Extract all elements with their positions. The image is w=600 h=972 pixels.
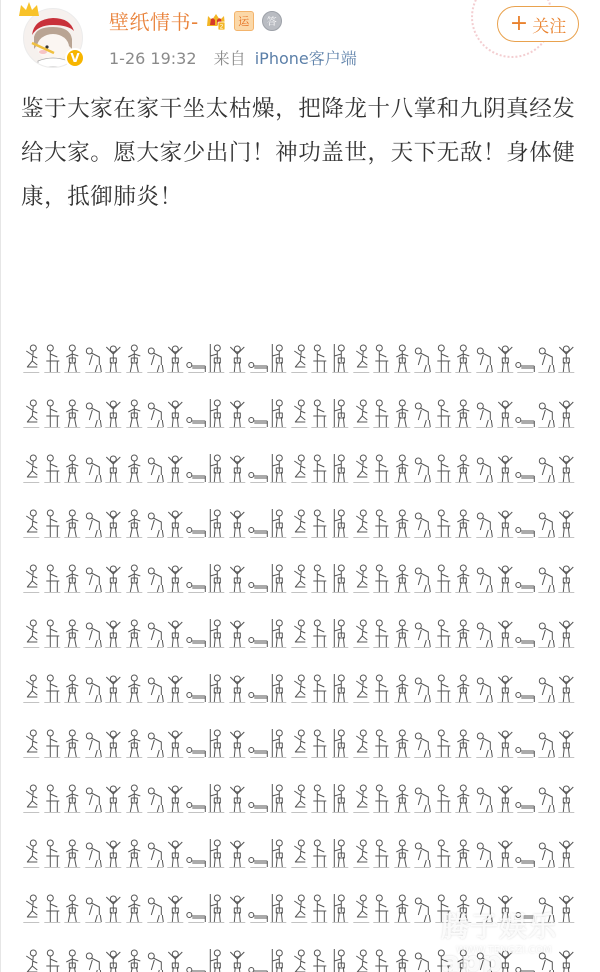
post-meta: 1-26 19:32 来自 iPhone客户端: [109, 46, 357, 69]
hieroglyph-figure-icon: [371, 893, 392, 923]
hieroglyph-figure-icon: [21, 948, 42, 972]
hieroglyph-figure-icon: [351, 398, 372, 428]
hieroglyph-figure-icon: [515, 783, 536, 813]
hieroglyph-figure-icon: [556, 673, 577, 703]
hieroglyph-figure-icon: [371, 563, 392, 593]
hieroglyph-figure-icon: [495, 838, 516, 868]
hieroglyph-figure-icon: [206, 508, 227, 538]
hieroglyph-figure-icon: [83, 728, 104, 758]
hieroglyph-figure-icon: [42, 673, 63, 703]
hieroglyph-figure-icon: [289, 783, 310, 813]
hieroglyph-figure-icon: [556, 838, 577, 868]
hieroglyph-figure-icon: [21, 343, 42, 373]
hieroglyph-figure-icon: [62, 508, 83, 538]
hieroglyph-figure-icon: [145, 948, 166, 972]
hieroglyph-figure-icon: [371, 838, 392, 868]
hieroglyph-figure-icon: [145, 508, 166, 538]
hieroglyph-figure-icon: [165, 728, 186, 758]
hieroglyph-figure-icon: [83, 618, 104, 648]
hieroglyph-figure-icon: [145, 343, 166, 373]
hieroglyph-figure-icon: [453, 398, 474, 428]
hieroglyph-figure-icon: [309, 673, 330, 703]
hieroglyph-figure-icon: [453, 618, 474, 648]
hieroglyph-figure-icon: [42, 618, 63, 648]
hieroglyph-figure-icon: [83, 563, 104, 593]
hieroglyph-figure-icon: [62, 343, 83, 373]
hieroglyph-figure-icon: [186, 948, 207, 972]
hieroglyph-figure-icon: [268, 618, 289, 648]
hieroglyph-figure-icon: [474, 398, 495, 428]
hieroglyph-figure-icon: [351, 948, 372, 972]
post-text: 鉴于大家在家干坐太枯燥，把降龙十八掌和九阴真经发给大家。愿大家少出门！神功盖世，…: [21, 87, 581, 219]
hieroglyph-figure-icon: [268, 728, 289, 758]
watermark: 腾子娱乐app: [441, 905, 600, 972]
hieroglyph-figure-icon: [268, 673, 289, 703]
hieroglyph-figure-icon: [227, 948, 248, 972]
hieroglyph-figure-icon: [330, 838, 351, 868]
hieroglyph-figure-icon: [536, 453, 557, 483]
hieroglyph-figure-icon: [186, 453, 207, 483]
hieroglyph-figure-icon: [83, 453, 104, 483]
hieroglyph-figure-icon: [474, 673, 495, 703]
hieroglyph-figure-icon: [330, 618, 351, 648]
hieroglyph-figure-icon: [248, 838, 269, 868]
yun-badge-icon[interactable]: 运: [233, 10, 255, 32]
hieroglyph-figure-icon: [309, 563, 330, 593]
hieroglyph-figure-icon: [124, 618, 145, 648]
hieroglyph-figure-icon: [330, 728, 351, 758]
hieroglyph-figure-icon: [268, 948, 289, 972]
glyph-row: [21, 593, 581, 648]
hieroglyph-figure-icon: [495, 673, 516, 703]
glyph-row: [21, 758, 581, 813]
hieroglyph-figure-icon: [186, 673, 207, 703]
hieroglyph-figure-icon: [351, 453, 372, 483]
hieroglyph-figure-icon: [268, 508, 289, 538]
hieroglyph-figure-icon: [248, 948, 269, 972]
hieroglyph-figure-icon: [42, 398, 63, 428]
hieroglyph-figure-icon: [186, 563, 207, 593]
hieroglyph-figure-icon: [412, 398, 433, 428]
glyph-row: [21, 373, 581, 428]
hieroglyph-figure-icon: [433, 343, 454, 373]
hieroglyph-figure-icon: [289, 398, 310, 428]
hieroglyph-figure-icon: [433, 783, 454, 813]
hieroglyph-figure-icon: [124, 563, 145, 593]
hieroglyph-image[interactable]: [21, 318, 581, 972]
hieroglyph-figure-icon: [165, 453, 186, 483]
hieroglyph-figure-icon: [309, 893, 330, 923]
hieroglyph-figure-icon: [351, 343, 372, 373]
hieroglyph-figure-icon: [103, 673, 124, 703]
hieroglyph-figure-icon: [371, 728, 392, 758]
hieroglyph-figure-icon: [248, 893, 269, 923]
hieroglyph-figure-icon: [62, 618, 83, 648]
hieroglyph-figure-icon: [392, 618, 413, 648]
hieroglyph-figure-icon: [206, 453, 227, 483]
glyph-row: [21, 538, 581, 593]
hieroglyph-figure-icon: [21, 728, 42, 758]
hieroglyph-figure-icon: [289, 948, 310, 972]
hieroglyph-figure-icon: [186, 893, 207, 923]
hieroglyph-figure-icon: [62, 728, 83, 758]
hieroglyph-figure-icon: [453, 453, 474, 483]
hieroglyph-figure-icon: [495, 618, 516, 648]
hieroglyph-figure-icon: [495, 508, 516, 538]
hieroglyph-figure-icon: [556, 728, 577, 758]
hieroglyph-figure-icon: [433, 838, 454, 868]
hieroglyph-figure-icon: [227, 453, 248, 483]
hieroglyph-figure-icon: [227, 618, 248, 648]
user-name[interactable]: 壁纸情书-: [109, 6, 199, 35]
hieroglyph-figure-icon: [42, 838, 63, 868]
hieroglyph-figure-icon: [556, 563, 577, 593]
hieroglyph-figure-icon: [186, 508, 207, 538]
hieroglyph-figure-icon: [556, 453, 577, 483]
hieroglyph-figure-icon: [309, 398, 330, 428]
svg-text:2: 2: [219, 23, 223, 30]
hieroglyph-figure-icon: [21, 563, 42, 593]
glyph-row: [21, 428, 581, 483]
hieroglyph-figure-icon: [453, 343, 474, 373]
hieroglyph-figure-icon: [412, 563, 433, 593]
hieroglyph-figure-icon: [392, 783, 413, 813]
hieroglyph-figure-icon: [515, 343, 536, 373]
hieroglyph-figure-icon: [145, 398, 166, 428]
hieroglyph-figure-icon: [556, 343, 577, 373]
hieroglyph-figure-icon: [412, 673, 433, 703]
hieroglyph-figure-icon: [165, 508, 186, 538]
hieroglyph-figure-icon: [248, 673, 269, 703]
hieroglyph-figure-icon: [124, 728, 145, 758]
hieroglyph-figure-icon: [62, 948, 83, 972]
hieroglyph-figure-icon: [145, 893, 166, 923]
hieroglyph-figure-icon: [474, 618, 495, 648]
hieroglyph-figure-icon: [124, 398, 145, 428]
hieroglyph-figure-icon: [371, 783, 392, 813]
hieroglyph-figure-icon: [536, 508, 557, 538]
hieroglyph-figure-icon: [309, 508, 330, 538]
hieroglyph-figure-icon: [124, 783, 145, 813]
hieroglyph-figure-icon: [268, 838, 289, 868]
hieroglyph-figure-icon: [309, 838, 330, 868]
hieroglyph-figure-icon: [556, 618, 577, 648]
hieroglyph-figure-icon: [21, 838, 42, 868]
hieroglyph-figure-icon: [495, 563, 516, 593]
hieroglyph-figure-icon: [495, 783, 516, 813]
hieroglyph-figure-icon: [186, 398, 207, 428]
hieroglyph-figure-icon: [21, 508, 42, 538]
hieroglyph-figure-icon: [248, 783, 269, 813]
hieroglyph-figure-icon: [536, 343, 557, 373]
hieroglyph-figure-icon: [289, 618, 310, 648]
hieroglyph-figure-icon: [268, 398, 289, 428]
hieroglyph-figure-icon: [433, 508, 454, 538]
hieroglyph-figure-icon: [289, 453, 310, 483]
hieroglyph-figure-icon: [103, 728, 124, 758]
hieroglyph-figure-icon: [165, 563, 186, 593]
hieroglyph-figure-icon: [433, 728, 454, 758]
hieroglyph-figure-icon: [371, 453, 392, 483]
hieroglyph-figure-icon: [330, 673, 351, 703]
hieroglyph-figure-icon: [392, 948, 413, 972]
hieroglyph-figure-icon: [412, 618, 433, 648]
hieroglyph-figure-icon: [165, 838, 186, 868]
hieroglyph-figure-icon: [21, 453, 42, 483]
hieroglyph-figure-icon: [556, 783, 577, 813]
hieroglyph-figure-icon: [42, 343, 63, 373]
hieroglyph-figure-icon: [186, 783, 207, 813]
hieroglyph-figure-icon: [227, 398, 248, 428]
hieroglyph-figure-icon: [371, 508, 392, 538]
hieroglyph-figure-icon: [536, 728, 557, 758]
hieroglyph-figure-icon: [227, 728, 248, 758]
hieroglyph-figure-icon: [289, 893, 310, 923]
hieroglyph-figure-icon: [433, 618, 454, 648]
hieroglyph-figure-icon: [515, 563, 536, 593]
hieroglyph-figure-icon: [412, 893, 433, 923]
hieroglyph-figure-icon: [330, 453, 351, 483]
hieroglyph-figure-icon: [309, 618, 330, 648]
hieroglyph-figure-icon: [62, 673, 83, 703]
hieroglyph-figure-icon: [186, 343, 207, 373]
glyph-row: [21, 648, 581, 703]
hieroglyph-figure-icon: [330, 343, 351, 373]
hieroglyph-figure-icon: [392, 728, 413, 758]
hieroglyph-figure-icon: [83, 343, 104, 373]
hieroglyph-figure-icon: [21, 673, 42, 703]
avatar[interactable]: V: [21, 2, 87, 68]
source-client-link[interactable]: iPhone客户端: [255, 49, 357, 68]
follow-label: 关注: [532, 12, 566, 37]
hieroglyph-figure-icon: [124, 453, 145, 483]
hieroglyph-figure-icon: [62, 783, 83, 813]
medal-icon[interactable]: 答: [261, 10, 283, 32]
hieroglyph-figure-icon: [289, 728, 310, 758]
hieroglyph-figure-icon: [165, 893, 186, 923]
hieroglyph-figure-icon: [124, 948, 145, 972]
hieroglyph-figure-icon: [392, 398, 413, 428]
name-row: 壁纸情书- 2 运 答: [109, 6, 283, 35]
follow-button[interactable]: + 关注: [497, 6, 579, 42]
hieroglyph-figure-icon: [412, 343, 433, 373]
hieroglyph-figure-icon: [330, 783, 351, 813]
hieroglyph-figure-icon: [351, 783, 372, 813]
hieroglyph-figure-icon: [103, 893, 124, 923]
hieroglyph-figure-icon: [103, 948, 124, 972]
hieroglyph-figure-icon: [248, 508, 269, 538]
hieroglyph-figure-icon: [103, 783, 124, 813]
hieroglyph-figure-icon: [371, 948, 392, 972]
hieroglyph-figure-icon: [268, 563, 289, 593]
hieroglyph-figure-icon: [351, 563, 372, 593]
glyph-row: [21, 318, 581, 373]
hieroglyph-figure-icon: [206, 728, 227, 758]
hieroglyph-figure-icon: [351, 508, 372, 538]
hieroglyph-figure-icon: [495, 453, 516, 483]
plus-icon: +: [510, 13, 528, 35]
hieroglyph-figure-icon: [124, 838, 145, 868]
hieroglyph-figure-icon: [103, 838, 124, 868]
hieroglyph-figure-icon: [474, 508, 495, 538]
hieroglyph-figure-icon: [248, 618, 269, 648]
hieroglyph-figure-icon: [83, 838, 104, 868]
hieroglyph-figure-icon: [248, 343, 269, 373]
hieroglyph-figure-icon: [124, 343, 145, 373]
hieroglyph-figure-icon: [309, 948, 330, 972]
hieroglyph-figure-icon: [392, 673, 413, 703]
hieroglyph-figure-icon: [103, 508, 124, 538]
post-header: V 壁纸情书- 2 运 答 1-26 19:32 来自 iPhone客户端 + …: [1, 0, 600, 80]
timestamp: 1-26 19:32: [109, 49, 197, 68]
hieroglyph-figure-icon: [103, 398, 124, 428]
hieroglyph-figure-icon: [536, 783, 557, 813]
hieroglyph-figure-icon: [145, 618, 166, 648]
hieroglyph-figure-icon: [289, 838, 310, 868]
hieroglyph-figure-icon: [268, 343, 289, 373]
hieroglyph-figure-icon: [515, 838, 536, 868]
hieroglyph-figure-icon: [474, 453, 495, 483]
hieroglyph-figure-icon: [227, 508, 248, 538]
hieroglyph-figure-icon: [453, 783, 474, 813]
hieroglyph-figure-icon: [392, 893, 413, 923]
hieroglyph-figure-icon: [330, 948, 351, 972]
hieroglyph-figure-icon: [474, 838, 495, 868]
hieroglyph-figure-icon: [124, 893, 145, 923]
hieroglyph-figure-icon: [42, 728, 63, 758]
verified-badge-icon: V: [65, 48, 85, 68]
hieroglyph-figure-icon: [412, 508, 433, 538]
hieroglyph-figure-icon: [227, 343, 248, 373]
hieroglyph-figure-icon: [412, 728, 433, 758]
glyph-row: [21, 483, 581, 538]
hieroglyph-figure-icon: [309, 783, 330, 813]
hieroglyph-figure-icon: [330, 563, 351, 593]
hieroglyph-figure-icon: [165, 398, 186, 428]
hieroglyph-figure-icon: [145, 838, 166, 868]
hieroglyph-figure-icon: [145, 783, 166, 813]
crown-level-icon[interactable]: 2: [205, 10, 227, 32]
hieroglyph-figure-icon: [206, 783, 227, 813]
hieroglyph-figure-icon: [227, 563, 248, 593]
hieroglyph-figure-icon: [351, 893, 372, 923]
hieroglyph-figure-icon: [433, 563, 454, 593]
hieroglyph-figure-icon: [536, 673, 557, 703]
source-label: 来自: [214, 49, 246, 68]
hieroglyph-figure-icon: [62, 563, 83, 593]
hieroglyph-figure-icon: [371, 673, 392, 703]
hieroglyph-figure-icon: [495, 343, 516, 373]
hieroglyph-figure-icon: [206, 563, 227, 593]
hieroglyph-figure-icon: [351, 618, 372, 648]
hieroglyph-figure-icon: [248, 453, 269, 483]
hieroglyph-figure-icon: [83, 508, 104, 538]
hieroglyph-figure-icon: [371, 343, 392, 373]
hieroglyph-figure-icon: [515, 398, 536, 428]
hieroglyph-figure-icon: [515, 508, 536, 538]
hieroglyph-figure-icon: [309, 728, 330, 758]
hieroglyph-figure-icon: [433, 453, 454, 483]
hieroglyph-figure-icon: [206, 618, 227, 648]
hieroglyph-figure-icon: [392, 508, 413, 538]
hieroglyph-figure-icon: [289, 508, 310, 538]
hieroglyph-figure-icon: [206, 398, 227, 428]
hieroglyph-figure-icon: [392, 343, 413, 373]
hieroglyph-figure-icon: [42, 453, 63, 483]
hieroglyph-figure-icon: [515, 618, 536, 648]
hieroglyph-figure-icon: [165, 673, 186, 703]
hieroglyph-figure-icon: [515, 453, 536, 483]
hieroglyph-figure-icon: [103, 618, 124, 648]
hieroglyph-figure-icon: [392, 563, 413, 593]
hieroglyph-figure-icon: [83, 783, 104, 813]
hieroglyph-figure-icon: [21, 783, 42, 813]
hieroglyph-figure-icon: [165, 948, 186, 972]
hieroglyph-figure-icon: [453, 508, 474, 538]
hieroglyph-figure-icon: [206, 343, 227, 373]
hieroglyph-figure-icon: [268, 783, 289, 813]
hieroglyph-figure-icon: [83, 948, 104, 972]
hieroglyph-figure-icon: [289, 673, 310, 703]
hieroglyph-figure-icon: [330, 508, 351, 538]
hieroglyph-figure-icon: [21, 398, 42, 428]
hieroglyph-figure-icon: [433, 673, 454, 703]
hieroglyph-figure-icon: [515, 673, 536, 703]
hieroglyph-figure-icon: [495, 728, 516, 758]
hieroglyph-figure-icon: [412, 453, 433, 483]
crown-icon: [17, 0, 41, 18]
hieroglyph-figure-icon: [206, 838, 227, 868]
hieroglyph-figure-icon: [83, 893, 104, 923]
hieroglyph-figure-icon: [433, 398, 454, 428]
hieroglyph-figure-icon: [330, 893, 351, 923]
hieroglyph-figure-icon: [412, 948, 433, 972]
hieroglyph-figure-icon: [474, 783, 495, 813]
hieroglyph-figure-icon: [371, 398, 392, 428]
hieroglyph-figure-icon: [124, 508, 145, 538]
hieroglyph-figure-icon: [62, 838, 83, 868]
hieroglyph-figure-icon: [165, 783, 186, 813]
hieroglyph-figure-icon: [474, 563, 495, 593]
hieroglyph-figure-icon: [62, 893, 83, 923]
hieroglyph-figure-icon: [309, 453, 330, 483]
hieroglyph-figure-icon: [42, 783, 63, 813]
hieroglyph-figure-icon: [412, 783, 433, 813]
hieroglyph-figure-icon: [145, 453, 166, 483]
hieroglyph-figure-icon: [495, 398, 516, 428]
hieroglyph-figure-icon: [21, 893, 42, 923]
watermark-url: WWW.TENGZI.COM: [456, 945, 552, 956]
hieroglyph-figure-icon: [515, 728, 536, 758]
hieroglyph-figure-icon: [42, 948, 63, 972]
hieroglyph-figure-icon: [206, 948, 227, 972]
glyph-row: [21, 813, 581, 868]
glyph-row: [21, 703, 581, 758]
hieroglyph-figure-icon: [474, 343, 495, 373]
hieroglyph-figure-icon: [536, 618, 557, 648]
hieroglyph-figure-icon: [42, 563, 63, 593]
hieroglyph-figure-icon: [330, 398, 351, 428]
hieroglyph-figure-icon: [309, 343, 330, 373]
hieroglyph-figure-icon: [227, 893, 248, 923]
hieroglyph-figure-icon: [453, 728, 474, 758]
hieroglyph-figure-icon: [268, 453, 289, 483]
hieroglyph-figure-icon: [453, 838, 474, 868]
hieroglyph-figure-icon: [62, 453, 83, 483]
hieroglyph-figure-icon: [62, 398, 83, 428]
hieroglyph-figure-icon: [124, 673, 145, 703]
hieroglyph-figure-icon: [206, 893, 227, 923]
